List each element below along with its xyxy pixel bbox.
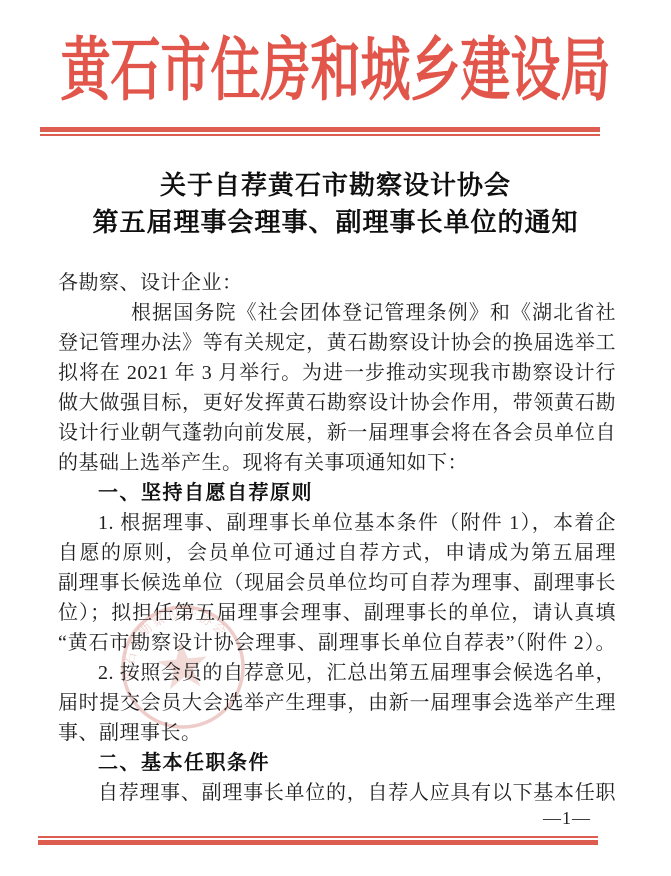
body-line: 自荐理事、副理事长单位的，自荐人应具有以下基本任职条件: xyxy=(58,778,616,808)
body-line: 1. 根据理事、副理事长单位基本条件（附件 1），本着企业 xyxy=(58,508,616,538)
body-line: 拟将在 2021 年 3 月举行。为进一步推动实现我市勘察设计行业 xyxy=(58,358,616,388)
body-line: 副理事长候选单位（现届会员单位均可自荐为理事、副理事长单 xyxy=(58,568,616,598)
section-heading: 一、坚持自愿自荐原则 xyxy=(58,478,616,508)
body-line: 根据国务院《社会团体登记管理条例》和《湖北省社会团体 xyxy=(58,298,616,328)
divider-thin-line xyxy=(40,134,600,136)
body-line: 的基础上选举产生。现将有关事项通知如下： xyxy=(58,448,616,478)
letterhead-org-name: 黄石市住房和城乡建设局 xyxy=(0,12,671,128)
footer-divider xyxy=(38,836,598,845)
body-line: 做大做强目标，更好发挥黄石勘察设计协会作用，带领黄石勘察 xyxy=(58,388,616,418)
body-line: 届时提交会员大会选举产生理事，由新一届理事会选举产生理 xyxy=(58,688,616,718)
body-line: 各勘察、设计企业： xyxy=(58,268,616,298)
letterhead-divider xyxy=(40,127,600,136)
document-title: 关于自荐黄石市勘察设计协会 第五届理事会理事、副理事长单位的通知 xyxy=(0,167,671,241)
document-title-line1: 关于自荐黄石市勘察设计协会 xyxy=(0,167,671,204)
body-line: 登记管理办法》等有关规定，黄石勘察设计协会的换届选举工作 xyxy=(58,328,616,358)
body-line: 2. 按照会员的自荐意见，汇总出第五届理事会候选名单， xyxy=(58,658,616,688)
section-heading: 二、基本任职条件 xyxy=(58,748,616,778)
body-line: 设计行业朝气蓬勃向前发展，新一届理事会将在各会员单位自荐 xyxy=(58,418,616,448)
body-line: 位）；拟担任第五届理事会理事、副理事长的单位，请认真填写 xyxy=(58,598,616,628)
page-number: —1— xyxy=(543,808,591,829)
body-line: 事、副理事长。 xyxy=(58,718,616,748)
body-line: “黄石市勘察设计协会理事、副理事长单位自荐表”（附件 2）。 xyxy=(58,628,616,658)
scanned-document-page: 黄石市住房和城乡建设局 关于自荐黄石市勘察设计协会 第五届理事会理事、副理事长单… xyxy=(0,0,671,876)
divider-thick-line xyxy=(38,840,598,845)
document-title-line2: 第五届理事会理事、副理事长单位的通知 xyxy=(0,204,671,241)
document-body: 各勘察、设计企业：根据国务院《社会团体登记管理条例》和《湖北省社会团体登记管理办… xyxy=(58,268,616,808)
body-line: 自愿的原则，会员单位可通过自荐方式，申请成为第五届理事、 xyxy=(58,538,616,568)
